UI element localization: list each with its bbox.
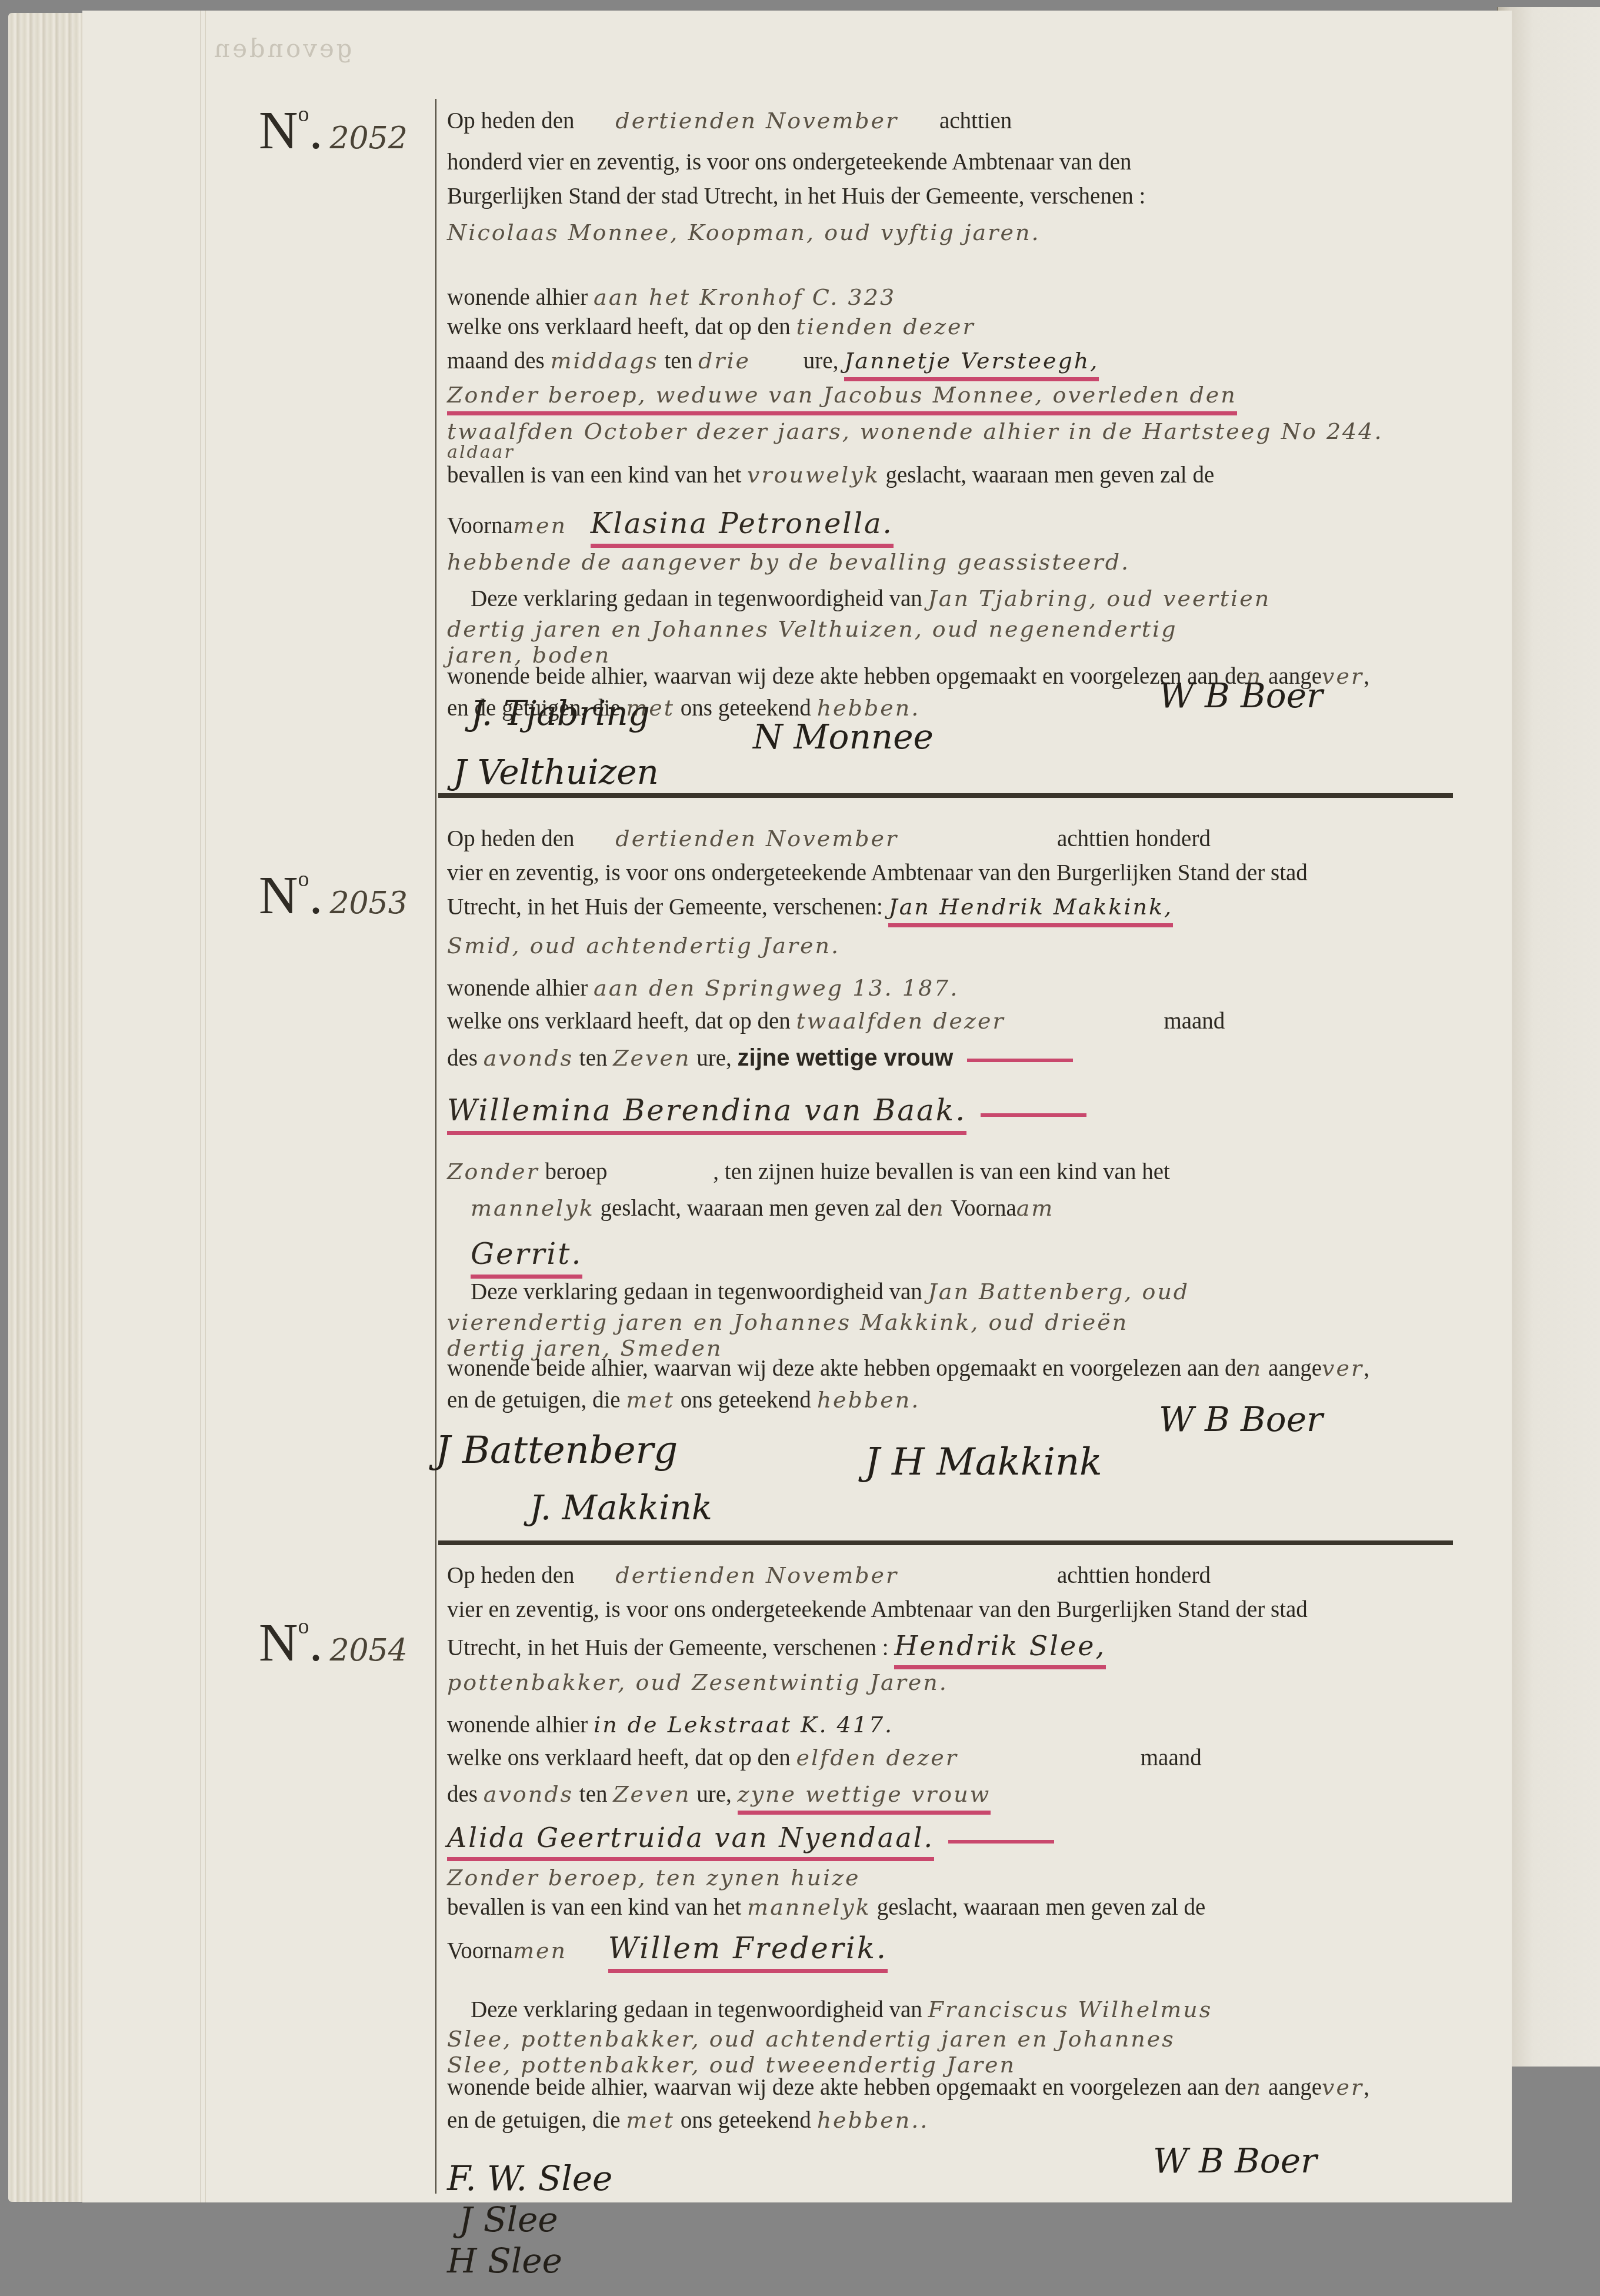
signature: J H Makkink xyxy=(865,1440,1102,1484)
child-name: Willem Frederik. xyxy=(608,1931,888,1973)
record-divider xyxy=(438,1540,1453,1545)
signature: F. W. Slee xyxy=(447,2158,612,2198)
printed-line: honderd vier en zeventig, is voor ons on… xyxy=(447,151,1482,185)
signature: J. Tjabring xyxy=(471,693,650,733)
mother-name: Willemina Berendina van Baak. xyxy=(447,1093,966,1135)
column-rule xyxy=(435,99,436,2194)
line-date: Op heden den dertienden November achttie… xyxy=(447,109,1482,151)
register-page: gevonden No.2052 Op heden den dertienden… xyxy=(82,11,1512,2202)
record-body: Op heden den dertienden November achttie… xyxy=(447,109,1482,720)
page-margin-lines xyxy=(200,11,206,2202)
signature: N Monnee xyxy=(753,717,934,757)
bleed-through-text: gevonden xyxy=(212,34,352,63)
declarant: Nicolaas Monnee, Koopman, oud vyftig jar… xyxy=(447,221,1482,286)
facing-page xyxy=(1497,7,1600,2067)
mother-name: Jannetje Versteegh, xyxy=(844,348,1099,381)
official-signature: W B Boer xyxy=(1159,676,1323,716)
mother-name: Alida Geertruida van Nyendaal. xyxy=(447,1822,934,1861)
record-body: Op heden den dertienden November achttie… xyxy=(447,827,1482,1412)
printed-line: Burgerlijken Stand der stad Utrecht, in … xyxy=(447,185,1482,221)
address: aan den Springweg 13. 187. xyxy=(594,975,959,1001)
signature: J. Makkink xyxy=(529,1488,712,1528)
record-number: No.2054 xyxy=(259,1611,408,1673)
record-number: No.2053 xyxy=(259,864,408,926)
signature: H Slee xyxy=(447,2241,562,2281)
red-rule xyxy=(948,1840,1054,1844)
official-signature: W B Boer xyxy=(1159,1399,1323,1439)
signature: J Velthuizen xyxy=(453,752,659,792)
official-signature: W B Boer xyxy=(1153,2141,1317,2181)
red-rule xyxy=(967,1059,1073,1062)
declarant: Jan Hendrik Makkink, xyxy=(888,894,1173,927)
red-rule xyxy=(981,1113,1086,1117)
signature: J Battenberg xyxy=(435,1429,678,1472)
record-number: No.2052 xyxy=(259,99,408,161)
declarant: Hendrik Slee, xyxy=(894,1630,1106,1669)
child-name: Gerrit. xyxy=(471,1237,582,1279)
record-body: Op heden den dertienden November achttie… xyxy=(447,1564,1482,2132)
record-divider xyxy=(438,793,1453,798)
child-name: Klasina Petronella. xyxy=(591,507,894,548)
signature: J Slee xyxy=(459,2199,558,2240)
address: aan het Kronhof C. 323 xyxy=(594,284,896,310)
address: in de Lekstraat K. 417. xyxy=(594,1712,894,1738)
